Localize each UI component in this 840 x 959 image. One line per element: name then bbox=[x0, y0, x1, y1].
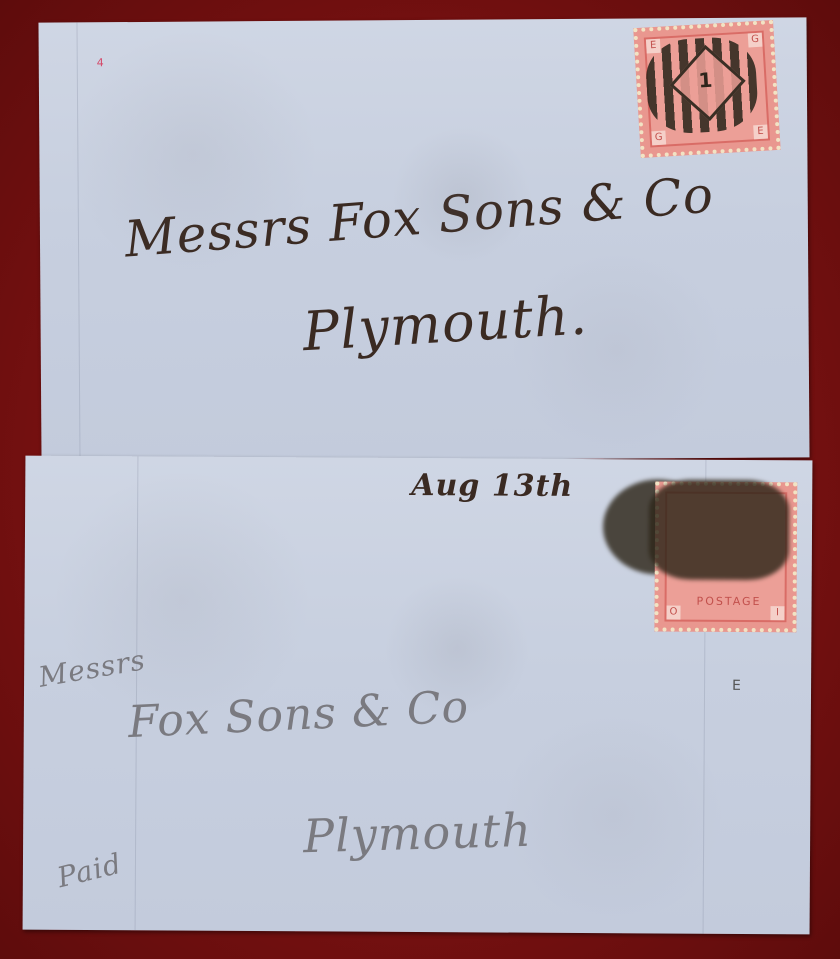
date-note: Aug 13th bbox=[411, 468, 573, 504]
stamp-corner-letter: E bbox=[753, 125, 768, 140]
fold-line bbox=[135, 456, 139, 930]
stamp-corner-letter: G bbox=[651, 131, 666, 146]
stamp-corner-letter: G bbox=[748, 33, 763, 48]
address-line-1: Messrs Fox Sons & Co bbox=[122, 165, 715, 268]
address-line-0: Messrs bbox=[36, 643, 148, 694]
pencil-mark: 4 bbox=[97, 56, 104, 69]
postage-stamp: POSTAGE O I bbox=[654, 481, 797, 632]
address-line-2: Plymouth bbox=[302, 803, 532, 864]
cancel-numeral: 1 bbox=[698, 68, 713, 93]
fold-line bbox=[76, 22, 80, 462]
stamp-corner-letter: O bbox=[666, 606, 680, 620]
stamp-corner-letter: I bbox=[770, 606, 784, 620]
corner-note: Paid bbox=[54, 847, 125, 894]
letter-cover-top: 4 E G G E 1 Messrs Fox Sons & Co Plymout… bbox=[38, 17, 809, 462]
letter-cover-bottom: Aug 13th POSTAGE O I Messrs Fox Sons & C… bbox=[23, 456, 813, 935]
address-line-2: Plymouth. bbox=[301, 283, 589, 363]
side-mark: E bbox=[732, 678, 741, 694]
cancel-smudge bbox=[649, 479, 790, 580]
address-line-1: Fox Sons & Co bbox=[127, 681, 470, 748]
stamp-label: POSTAGE bbox=[697, 595, 762, 608]
postage-stamp: E G G E 1 bbox=[633, 20, 780, 158]
